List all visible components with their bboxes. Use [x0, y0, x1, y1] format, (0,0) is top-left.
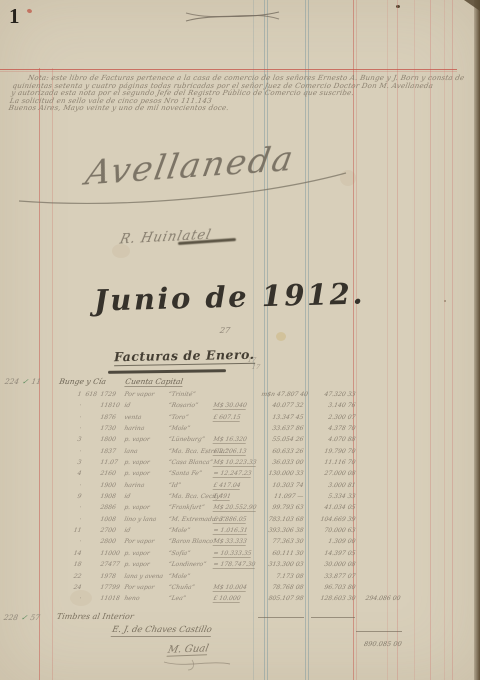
- row-description: venta: [124, 414, 142, 421]
- account-title: Cuenta Capital: [124, 377, 183, 387]
- row-description: harina: [124, 482, 145, 489]
- row-ship-name: “Frankfurt”: [168, 504, 205, 511]
- row-amount-total: 33.877 07: [313, 573, 356, 580]
- row-description: p. vapor: [124, 550, 151, 557]
- row-ship-name: “Santa Fe”: [168, 470, 203, 477]
- row-reference-amount: £ 417.04: [213, 482, 242, 490]
- ledger-row: · 1730 harina “Mole” 33.637 86 4.378 70: [0, 425, 462, 436]
- row-description: lana: [124, 448, 138, 455]
- row-invoice-number: 2160: [100, 470, 117, 477]
- row-invoice-number: 17799: [100, 584, 121, 591]
- row-description: id: [124, 493, 131, 500]
- row-ship-name: “Chuña”: [168, 584, 196, 591]
- row-reference-amount: = 12.247.23: [213, 470, 252, 478]
- row-reference-amount: M$ 20.552.90: [213, 504, 257, 512]
- row-amount-pesos: 99.793 63: [261, 504, 304, 511]
- row-amount-pesos: 7.173 08: [261, 573, 304, 580]
- row-day: ·: [67, 516, 82, 523]
- row-amount-total: 11.116 70: [313, 459, 356, 466]
- ledger-row: · 11810 id “Rosario” M$ 30.040 40.077 32…: [0, 402, 462, 413]
- row-series: 618: [85, 391, 98, 398]
- row-description: Por vapor: [124, 584, 155, 591]
- row-invoice-number: 11000: [100, 550, 121, 557]
- row-ship-name: “Baron Blanco”: [168, 538, 217, 545]
- row-reference-amount: = 10.333.35: [213, 550, 252, 558]
- row-invoice-number: 11.07: [100, 459, 119, 466]
- row-ship-name: “Id”: [168, 482, 182, 489]
- row-invoice-number: 1876: [100, 414, 117, 421]
- grand-total: 890.085 00: [357, 640, 402, 648]
- row-amount-total: 2.300 07: [313, 414, 356, 421]
- assistant-signature: M. Gual: [167, 643, 210, 656]
- row-amount-pesos: m$n 47.807 40: [261, 391, 304, 398]
- row-day: 22: [67, 573, 82, 580]
- row-reference-amount: £ 491: [213, 493, 232, 501]
- ledger-row: 9 1908 id “Ma. Bca. Cecily” £ 491 11.097…: [0, 493, 462, 504]
- row-amount-pesos: 36.033 00: [261, 459, 304, 466]
- row-ship-name: “Lüneburg”: [168, 436, 206, 443]
- row-invoice-number: 1837: [100, 448, 117, 455]
- account-name: Bunge y Cía: [59, 377, 107, 386]
- row-description: p. vapor: [124, 561, 151, 568]
- row-day: ·: [67, 482, 82, 489]
- row-invoice-number: 11810: [100, 402, 121, 409]
- section-heading: Facturas de Enero.: [114, 347, 255, 366]
- row-day: 14: [67, 550, 82, 557]
- row-ship-name: “Mole”: [168, 425, 191, 432]
- ledger-page: 1 Nota: este libro de Facturas pertenece…: [0, 0, 480, 680]
- row-amount-pesos: 130.000 33: [261, 470, 304, 477]
- pencil-mark: 17: [251, 363, 261, 371]
- row-ship-name: “Rosario”: [168, 402, 199, 409]
- footer-note: Timbres al Interior: [56, 612, 135, 621]
- row-description: Por vapor: [124, 538, 155, 545]
- row-reference-amount: £ 3.886.05: [213, 516, 247, 524]
- row-invoice-number: 2886: [100, 504, 117, 511]
- row-amount-total: 104.669 39: [313, 516, 356, 523]
- row-amount-total: 14.397 05: [313, 550, 356, 557]
- row-reference-amount: £ 2.206.13: [213, 448, 247, 456]
- row-day: ·: [67, 425, 82, 432]
- ledger-row: 3 11.07 p. vapor “Casa Blanca” M$ 10.223…: [0, 459, 462, 470]
- signature-flourish: [16, 170, 351, 212]
- row-amount-pesos: 805.107 98: [261, 595, 304, 602]
- ledger-row: 1 618 1729 Por vapor “Trinité” m$n 47.80…: [0, 391, 462, 402]
- row-invoice-number: 2800: [100, 538, 117, 545]
- row-amount-total: 47.320 33: [313, 391, 356, 398]
- row-ship-name: “Toro”: [168, 414, 189, 421]
- row-ship-name: “Casa Blanca”: [168, 459, 213, 466]
- row-amount-total: 30.000 08: [313, 561, 356, 568]
- row-invoice-number: 1008: [100, 516, 117, 523]
- row-amount-total: 41.034 05: [313, 504, 356, 511]
- row-ship-name: “Mole”: [168, 573, 191, 580]
- row-day: 11: [67, 527, 82, 534]
- row-amount-total: 128.603 30: [313, 595, 356, 602]
- row-description: p. vapor: [124, 436, 151, 443]
- red-fleck: [26, 8, 32, 13]
- ink-smear: [108, 369, 226, 374]
- row-day: ·: [67, 595, 82, 602]
- folio-ref: 57: [30, 613, 41, 622]
- row-amount-pesos: 78.768 08: [261, 584, 304, 591]
- row-day: 24: [67, 584, 82, 591]
- row-amount-total: 4.070 88: [313, 436, 356, 443]
- row-amount-pesos: 60.633 26: [261, 448, 304, 455]
- row-amount-pesos: 783.103 68: [261, 516, 304, 523]
- row-reference-amount: = 178.747.30: [213, 561, 256, 569]
- row-amount-total: 3.140 76: [313, 402, 356, 409]
- row-description: p. vapor: [124, 504, 151, 511]
- ledger-row: 24 17799 Por vapor “Chuña” M$ 10.004 78.…: [0, 584, 462, 595]
- sum-rule: [356, 631, 402, 632]
- row-amount-pesos: 10.303 74: [261, 482, 304, 489]
- row-ship-name: “Mole”: [168, 527, 191, 534]
- row-description: lana y avena: [124, 573, 164, 580]
- row-amount-pesos: 40.077 32: [261, 402, 304, 409]
- row-reference-amount: M$ 33.333: [213, 538, 248, 546]
- ledger-row: · 2886 p. vapor “Frankfurt” M$ 20.552.90…: [0, 504, 462, 515]
- row-day: ·: [67, 414, 82, 421]
- registrar-signature: E. J. de Chaves Castillo: [111, 625, 213, 637]
- row-ship-name: “Trinité”: [168, 391, 196, 398]
- row-reference-amount: £ 607.15: [213, 414, 242, 422]
- row-amount-total: 1.309 00: [313, 538, 356, 545]
- ledger-row: · 1837 lana “Ma. Bca. Estrella” £ 2.206.…: [0, 448, 462, 459]
- row-ship-name: “Sofía”: [168, 550, 191, 557]
- sum-rule: [258, 617, 304, 618]
- paper-stain: [276, 332, 286, 341]
- ledger-row: 22 1978 lana y avena “Mole” 7.173 08 33.…: [0, 573, 462, 584]
- row-invoice-number: 2700: [100, 527, 117, 534]
- margin-marks-bottom: 228✓57: [3, 613, 44, 622]
- row-reference-amount: £ 10.000: [213, 595, 242, 603]
- folio-ref: 228: [3, 613, 19, 622]
- ledger-row: · 11018 heno “Lea” £ 10.000 805.107 98 1…: [0, 595, 462, 606]
- row-invoice-number: 1800: [100, 436, 117, 443]
- row-reference-amount: M$ 30.040: [213, 402, 248, 410]
- row-day: ·: [67, 402, 82, 409]
- row-amount-pesos: 13.347 45: [261, 414, 304, 421]
- row-day: 18: [67, 561, 82, 568]
- row-invoice-number: 1730: [100, 425, 117, 432]
- ledger-row: 4 2160 p. vapor “Santa Fe” = 12.247.23 1…: [0, 470, 462, 481]
- row-invoice-number: 27477: [100, 561, 121, 568]
- page-corner: [464, 0, 480, 11]
- row-amount-pesos: 393.306 38: [261, 527, 304, 534]
- row-amount-total: 70.000 63: [313, 527, 356, 534]
- row-invoice-number: 1729: [100, 391, 117, 398]
- row-day: 1: [67, 391, 82, 398]
- row-day: 3: [67, 459, 82, 466]
- pencil-scribble: [185, 8, 280, 26]
- row-amount-carried: 294.086 00: [358, 595, 401, 602]
- row-amount-pesos: 33.637 86: [261, 425, 304, 432]
- ledger-rows: 1 618 1729 Por vapor “Trinité” m$n 47.80…: [0, 391, 460, 607]
- ledger-row: 18 27477 p. vapor “Londinero” = 178.747.…: [0, 561, 462, 572]
- header-rule-red: [0, 69, 457, 70]
- row-description: harina: [124, 425, 145, 432]
- row-description: p. vapor: [124, 459, 151, 466]
- row-amount-total: 4.378 70: [313, 425, 356, 432]
- ledger-row: · 1900 harina “Id” £ 417.04 10.303 74 3.…: [0, 482, 462, 493]
- book-edge-shadow: [474, 0, 480, 680]
- row-description: Por vapor: [124, 391, 155, 398]
- row-day: 4: [67, 470, 82, 477]
- account-line: Bunge y Cía Cuenta Capital: [0, 377, 462, 389]
- row-amount-pesos: 11.097 —: [261, 493, 304, 500]
- row-day: 3: [67, 436, 82, 443]
- legalization-note: Nota: este libro de Facturas pertenece a…: [8, 74, 463, 112]
- row-ship-name: “Lea”: [168, 595, 187, 602]
- row-amount-pesos: 313.300 03: [261, 561, 304, 568]
- row-reference-amount: M$ 10.004: [213, 584, 248, 592]
- row-day: ·: [67, 538, 82, 545]
- row-description: p. vapor: [124, 470, 151, 477]
- row-description: lino y lana: [124, 516, 157, 523]
- ledger-row: · 2800 Por vapor “Baron Blanco” M$ 33.33…: [0, 538, 462, 549]
- signature-tail-flourish: [162, 658, 232, 672]
- ledger-row: · 1876 venta “Toro” £ 607.15 13.347 45 2…: [0, 414, 462, 425]
- row-amount-total: 19.790 70: [313, 448, 356, 455]
- ledger-row: 3 1800 p. vapor “Lüneburg” M$ 16.320 55.…: [0, 436, 462, 447]
- row-amount-total: 5.334 33: [313, 493, 356, 500]
- row-day: ·: [67, 448, 82, 455]
- page-number: 1: [9, 4, 20, 29]
- row-day: ·: [67, 504, 82, 511]
- row-invoice-number: 1900: [100, 482, 117, 489]
- ledger-row: 14 11000 p. vapor “Sofía” = 10.333.35 60…: [0, 550, 462, 561]
- row-amount-pesos: 55.054 26: [261, 436, 304, 443]
- row-amount-pesos: 60.111 30: [261, 550, 304, 557]
- clerk-signature: R. Huinlatel: [118, 228, 213, 248]
- row-description: id: [124, 527, 131, 534]
- note-line: Buenos Aires, Mayo veinte y uno de mil n…: [8, 104, 457, 112]
- row-reference-amount: = 1.016.31: [213, 527, 249, 535]
- sum-rule: [311, 617, 355, 618]
- row-amount-total: 27.000 08: [313, 470, 356, 477]
- row-invoice-number: 1978: [100, 573, 117, 580]
- row-amount-total: 96.703 80: [313, 584, 356, 591]
- check-icon: ✓: [20, 613, 28, 622]
- row-amount-pesos: 77.363 30: [261, 538, 304, 545]
- row-description: id: [124, 402, 131, 409]
- month-title: Junio de 1912.: [94, 276, 366, 317]
- row-amount-total: 3.000 81: [313, 482, 356, 489]
- row-invoice-number: 1908: [100, 493, 117, 500]
- pencil-mark: 27: [219, 326, 231, 335]
- row-reference-amount: M$ 10.223.33: [213, 459, 257, 467]
- ledger-row: · 1008 lino y lana “M. Extremadura” £ 3.…: [0, 516, 462, 527]
- row-description: heno: [124, 595, 140, 602]
- row-day: 9: [67, 493, 82, 500]
- row-reference-amount: M$ 16.320: [213, 436, 248, 444]
- row-invoice-number: 11018: [100, 595, 121, 602]
- ledger-row: 11 2700 id “Mole” = 1.016.31 393.306 38 …: [0, 527, 462, 538]
- row-ship-name: “Londinero”: [168, 561, 207, 568]
